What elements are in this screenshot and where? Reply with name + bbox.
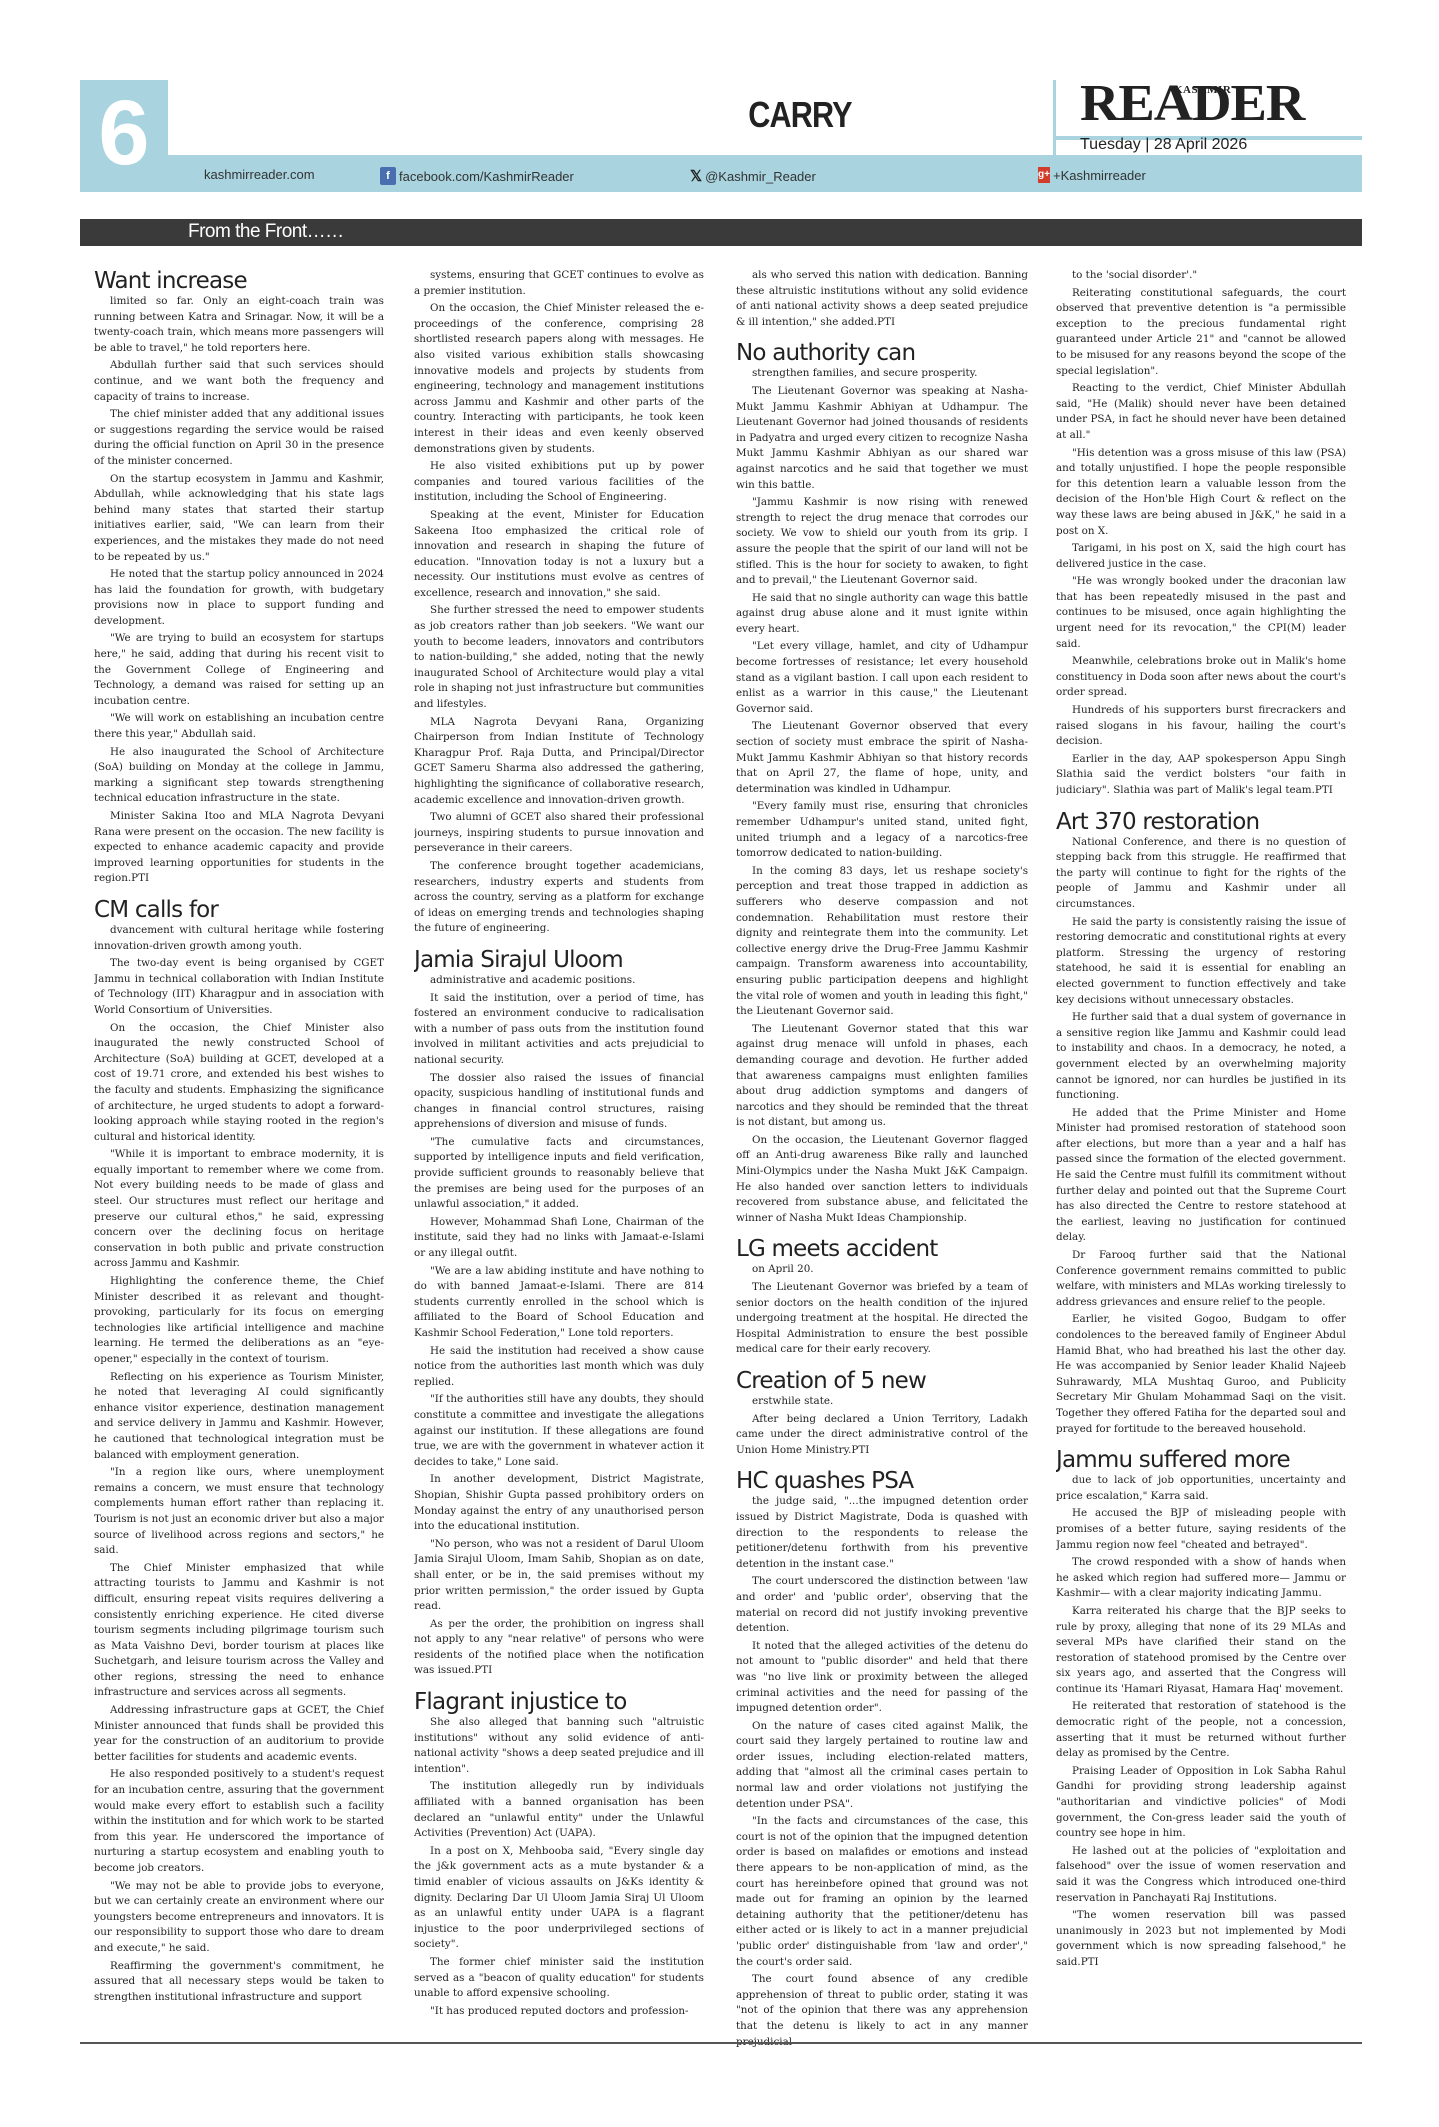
story-paragraph: Speaking at the event, Minister for Educ… [414,508,704,602]
story-paragraph: The conference brought together academic… [414,859,704,937]
story-headline: CM calls for [94,897,384,923]
story-paragraph: systems, ensuring that GCET continues to… [414,268,704,299]
story-paragraph: He further said that a dual system of go… [1056,1010,1346,1104]
story-paragraph: "He was wrongly booked under the draconi… [1056,574,1346,652]
story-paragraph: als who served this nation with dedicati… [736,268,1028,330]
story-paragraph: As per the order, the prohibition on ing… [414,1617,704,1679]
story-paragraph: He said the institution had received a s… [414,1344,704,1391]
story-paragraph: The crowd responded with a show of hands… [1056,1555,1346,1602]
story-paragraph: "If the authorities still have any doubt… [414,1392,704,1470]
story-paragraph: Dr Farooq further said that the National… [1056,1248,1346,1310]
story-paragraph: "In a region like ours, where unemployme… [94,1465,384,1559]
story-paragraph: However, Mohammad Shafi Lone, Chairman o… [414,1215,704,1262]
page-number: 6 [80,78,168,188]
x-logo-icon: 𝕏 [690,167,702,185]
facebook-link[interactable]: f facebook.com/KashmirReader [380,167,574,185]
story-paragraph: The Chief Minister emphasized that while… [94,1561,384,1701]
story-paragraph: Praising Leader of Opposition in Lok Sab… [1056,1764,1346,1842]
google-plus-icon: g+ [1038,167,1050,183]
story-paragraph: "Every family must rise, ensuring that c… [736,799,1028,861]
story-paragraph: On the occasion, the Lieutenant Governor… [736,1133,1028,1227]
story-paragraph: It noted that the alleged activities of … [736,1639,1028,1717]
story-paragraph: limited so far. Only an eight-coach trai… [94,294,384,356]
story-paragraph: "While it is important to embrace modern… [94,1147,384,1272]
story-paragraph: Karra reiterated his charge that the BJP… [1056,1604,1346,1698]
story-paragraph: "We will work on establishing an incubat… [94,711,384,742]
story-headline: Flagrant injustice to [414,1689,704,1715]
story-paragraph: "The cumulative facts and circumstances,… [414,1135,704,1213]
story-paragraph: The former chief minister said the insti… [414,1955,704,2002]
googleplus-text: +Kashmirreader [1053,168,1146,183]
masthead: 6 CARRY READER KASHMIR Tuesday | 28 Apri… [80,80,1362,192]
column-2: systems, ensuring that GCET continues to… [414,268,704,2108]
story-paragraph: In a post on X, Mehbooba said, "Every si… [414,1844,704,1953]
page-number-box: 6 [80,80,168,192]
story-paragraph: "His detention was a gross misuse of thi… [1056,446,1346,540]
column-1: Want increaselimited so far. Only an eig… [94,268,384,2108]
story-paragraph: Two alumni of GCET also shared their pro… [414,810,704,857]
story-paragraph: Reflecting on his experience as Tourism … [94,1370,384,1464]
story-paragraph: The Lieutenant Governor stated that this… [736,1022,1028,1131]
from-the-front-label: From the Front…… [188,221,344,243]
story-paragraph: The institution allegedly run by individ… [414,1779,704,1841]
googleplus-link[interactable]: g+ +Kashmirreader [1038,167,1146,183]
story-paragraph: He reiterated that restoration of stateh… [1056,1699,1346,1761]
story-paragraph: The court found absence of any credible … [736,1972,1028,2050]
story-paragraph: The two-day event is being organised by … [94,956,384,1018]
column-3: als who served this nation with dedicati… [736,268,1028,2108]
story-headline: Want increase [94,268,384,294]
story-paragraph: Highlighting the conference theme, the C… [94,1274,384,1368]
story-paragraph: He also inaugurated the School of Archit… [94,745,384,807]
story-paragraph: On the nature of cases cited against Mal… [736,1719,1028,1813]
story-paragraph: The court underscored the distinction be… [736,1574,1028,1636]
story-paragraph: erstwhile state. [736,1394,1028,1410]
section-title: CARRY [664,94,936,136]
story-headline: Jamia Sirajul Uloom [414,947,704,973]
story-paragraph: "We are a law abiding institute and have… [414,1264,704,1342]
story-paragraph: MLA Nagrota Devyani Rana, Organizing Cha… [414,715,704,809]
column-4: to the 'social disorder'."Reiterating co… [1056,268,1346,2108]
from-the-front-bar: From the Front…… [80,219,1362,246]
story-paragraph: on April 20. [736,1262,1028,1278]
story-paragraph: He said the party is consistently raisin… [1056,915,1346,1009]
story-paragraph: In the coming 83 days, let us reshape so… [736,864,1028,1020]
story-paragraph: Reaffirming the government's commitment,… [94,1959,384,2006]
twitter-link[interactable]: 𝕏 @Kashmir_Reader [690,167,816,185]
story-paragraph: Earlier, he visited Gogoo, Budgam to off… [1056,1312,1346,1437]
story-paragraph: After being declared a Union Territory, … [736,1412,1028,1459]
issue-date: Tuesday | 28 April 2026 [1080,136,1247,154]
story-paragraph: National Conference, and there is no que… [1056,835,1346,913]
story-headline: Jammu suffered more [1056,1447,1346,1473]
story-paragraph: Earlier in the day, AAP spokesperson App… [1056,752,1346,799]
website-link[interactable]: kashmirreader.com [204,167,315,182]
story-paragraph: dvancement with cultural heritage while … [94,923,384,954]
story-paragraph: strengthen families, and secure prosperi… [736,366,1028,382]
brand-logo: READER KASHMIR [1080,74,1362,134]
story-paragraph: "The women reservation bill was passed u… [1056,1908,1346,1970]
story-paragraph: It said the institution, over a period o… [414,991,704,1069]
twitter-text: @Kashmir_Reader [705,169,816,184]
story-paragraph: He said that no single authority can wag… [736,591,1028,638]
story-paragraph: "No person, who was not a resident of Da… [414,1537,704,1615]
story-paragraph: She also alleged that banning such "altr… [414,1715,704,1777]
story-paragraph: Hundreds of his supporters burst firecra… [1056,703,1346,750]
story-paragraph: The dossier also raised the issues of fi… [414,1071,704,1133]
website-text: kashmirreader.com [204,167,315,182]
story-paragraph: He accused the BJP of misleading people … [1056,1506,1346,1553]
bottom-rule [80,2042,1362,2044]
story-paragraph: due to lack of job opportunities, uncert… [1056,1473,1346,1504]
story-headline: Creation of 5 new [736,1368,1028,1394]
story-paragraph: The chief minister added that any additi… [94,407,384,469]
story-paragraph: She further stressed the need to empower… [414,603,704,712]
story-paragraph: Abdullah further said that such services… [94,358,384,405]
story-paragraph: On the occasion, the Chief Minister also… [94,1021,384,1146]
story-paragraph: The Lieutenant Governor was speaking at … [736,384,1028,493]
story-paragraph: On the startup ecosystem in Jammu and Ka… [94,472,384,566]
facebook-thumb-icon: f [380,167,396,185]
story-paragraph: He also visited exhibitions put up by po… [414,459,704,506]
story-paragraph: Addressing infrastructure gaps at GCET, … [94,1703,384,1765]
story-paragraph: He also responded positively to a studen… [94,1767,384,1876]
story-paragraph: "In the facts and circumstances of the c… [736,1814,1028,1970]
story-headline: No authority can [736,340,1028,366]
story-headline: LG meets accident [736,1236,1028,1262]
brand-main: READER [1080,74,1304,133]
story-paragraph: "Jammu Kashmir is now rising with renewe… [736,495,1028,589]
story-paragraph: He added that the Prime Minister and Hom… [1056,1106,1346,1246]
story-paragraph: Tarigami, in his post on X, said the hig… [1056,541,1346,572]
story-paragraph: "It has produced reputed doctors and pro… [414,2004,704,2020]
story-paragraph: Meanwhile, celebrations broke out in Mal… [1056,654,1346,701]
story-paragraph: Reacting to the verdict, Chief Minister … [1056,381,1346,443]
story-paragraph: He lashed out at the policies of "exploi… [1056,1844,1346,1906]
story-headline: Art 370 restoration [1056,809,1346,835]
article-columns: Want increaselimited so far. Only an eig… [94,268,1364,2108]
story-paragraph: Minister Sakina Itoo and MLA Nagrota Dev… [94,809,384,887]
story-paragraph: The Lieutenant Governor was briefed by a… [736,1280,1028,1358]
story-paragraph: to the 'social disorder'." [1056,268,1346,284]
story-paragraph: "We may not be able to provide jobs to e… [94,1879,384,1957]
facebook-text: facebook.com/KashmirReader [399,169,574,184]
story-paragraph: Reiterating constitutional safeguards, t… [1056,286,1346,380]
story-paragraph: "We are trying to build an ecosystem for… [94,631,384,709]
story-paragraph: The Lieutenant Governor observed that ev… [736,719,1028,797]
story-paragraph: administrative and academic positions. [414,973,704,989]
masthead-divider [1053,80,1056,155]
story-headline: HC quashes PSA [736,1468,1028,1494]
story-paragraph: On the occasion, the Chief Minister rele… [414,301,704,457]
story-paragraph: "Let every village, hamlet, and city of … [736,639,1028,717]
brand-small: KASHMIR [1174,84,1231,96]
story-paragraph: He noted that the startup policy announc… [94,567,384,629]
story-paragraph: In another development, District Magistr… [414,1472,704,1534]
story-paragraph: the judge said, "...the impugned detenti… [736,1494,1028,1572]
